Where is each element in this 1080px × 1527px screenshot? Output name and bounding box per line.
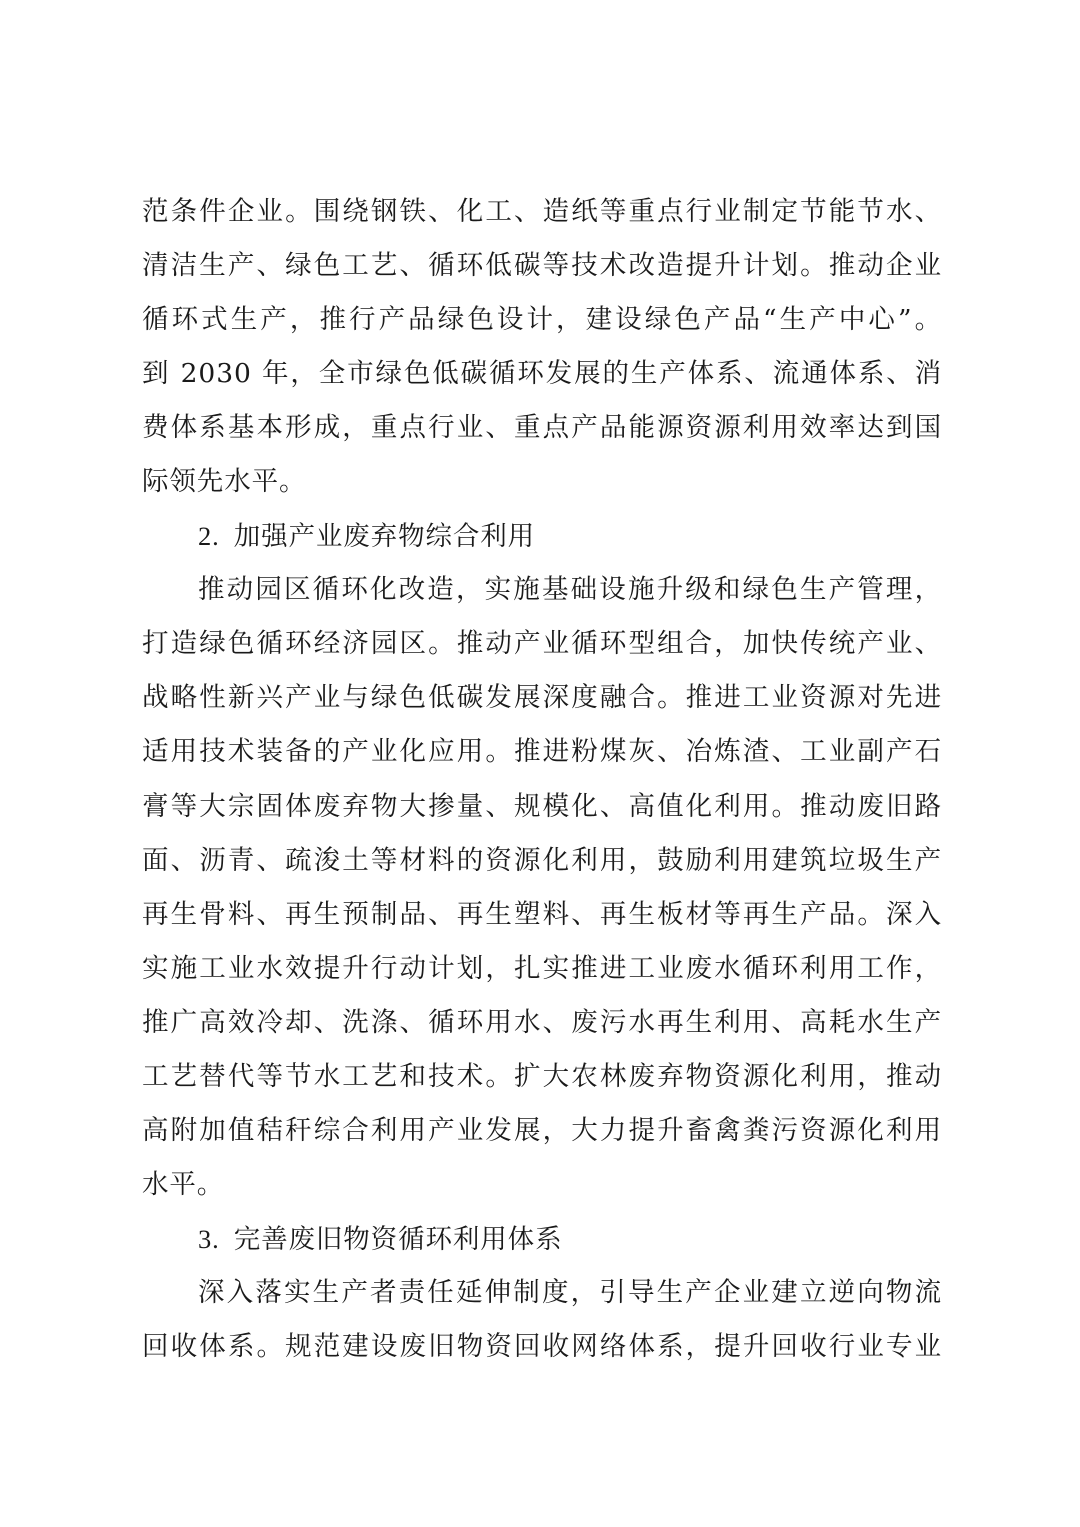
section-heading-3: 3.完善废旧物资循环利用体系 [142, 1212, 942, 1266]
section-heading-2: 2.加强产业废弃物综合利用 [142, 509, 942, 563]
text-line: 费体系基本形成，重点行业、重点产品能源资源利用效率达到国 [142, 401, 942, 455]
text-line: 循环式生产，推行产品绿色设计，建设绿色产品“生产中心”。 [142, 293, 942, 347]
section-title: 完善废旧物资循环利用体系 [234, 1224, 563, 1255]
text-line: 推动园区循环化改造，实施基础设施升级和绿色生产管理， [142, 563, 942, 617]
text-line: 水平。 [142, 1158, 942, 1212]
text-line: 清洁生产、绿色工艺、循环低碳等技术改造提升计划。推动企业 [142, 239, 942, 293]
document-page: 范条件企业。围绕钢铁、化工、造纸等重点行业制定节能节水、 清洁生产、绿色工艺、循… [142, 185, 942, 1374]
section-2-body: 推动园区循环化改造，实施基础设施升级和绿色生产管理， 打造绿色循环经济园区。推动… [142, 563, 942, 1212]
text-line: 推广高效冷却、洗涤、循环用水、废污水再生利用、高耗水生产 [142, 996, 942, 1050]
text-line: 到 2030 年，全市绿色低碳循环发展的生产体系、流通体系、消 [142, 347, 942, 401]
text-line: 面、沥青、疏浚土等材料的资源化利用，鼓励利用建筑垃圾生产 [142, 834, 942, 888]
section-number: 2. [198, 521, 220, 551]
text-line: 实施工业水效提升行动计划，扎实推进工业废水循环利用工作， [142, 942, 942, 996]
text-line: 打造绿色循环经济园区。推动产业循环型组合，加快传统产业、 [142, 617, 942, 671]
section-title: 加强产业废弃物综合利用 [234, 521, 535, 552]
paragraph-continued: 范条件企业。围绕钢铁、化工、造纸等重点行业制定节能节水、 清洁生产、绿色工艺、循… [142, 185, 942, 509]
section-number: 3. [198, 1224, 220, 1254]
text-line: 工艺替代等节水工艺和技术。扩大农林废弃物资源化利用，推动 [142, 1050, 942, 1104]
text-line: 回收体系。规范建设废旧物资回收网络体系，提升回收行业专业 [142, 1320, 942, 1374]
section-3-body: 深入落实生产者责任延伸制度，引导生产企业建立逆向物流 回收体系。规范建设废旧物资… [142, 1266, 942, 1374]
text-line: 深入落实生产者责任延伸制度，引导生产企业建立逆向物流 [142, 1266, 942, 1320]
text-line: 际领先水平。 [142, 455, 942, 509]
text-line: 范条件企业。围绕钢铁、化工、造纸等重点行业制定节能节水、 [142, 185, 942, 239]
text-line: 战略性新兴产业与绿色低碳发展深度融合。推进工业资源对先进 [142, 671, 942, 725]
text-line: 高附加值秸秆综合利用产业发展，大力提升畜禽粪污资源化利用 [142, 1104, 942, 1158]
text-line: 适用技术装备的产业化应用。推进粉煤灰、冶炼渣、工业副产石 [142, 725, 942, 779]
text-line: 再生骨料、再生预制品、再生塑料、再生板材等再生产品。深入 [142, 888, 942, 942]
text-line: 膏等大宗固体废弃物大掺量、规模化、高值化利用。推动废旧路 [142, 780, 942, 834]
